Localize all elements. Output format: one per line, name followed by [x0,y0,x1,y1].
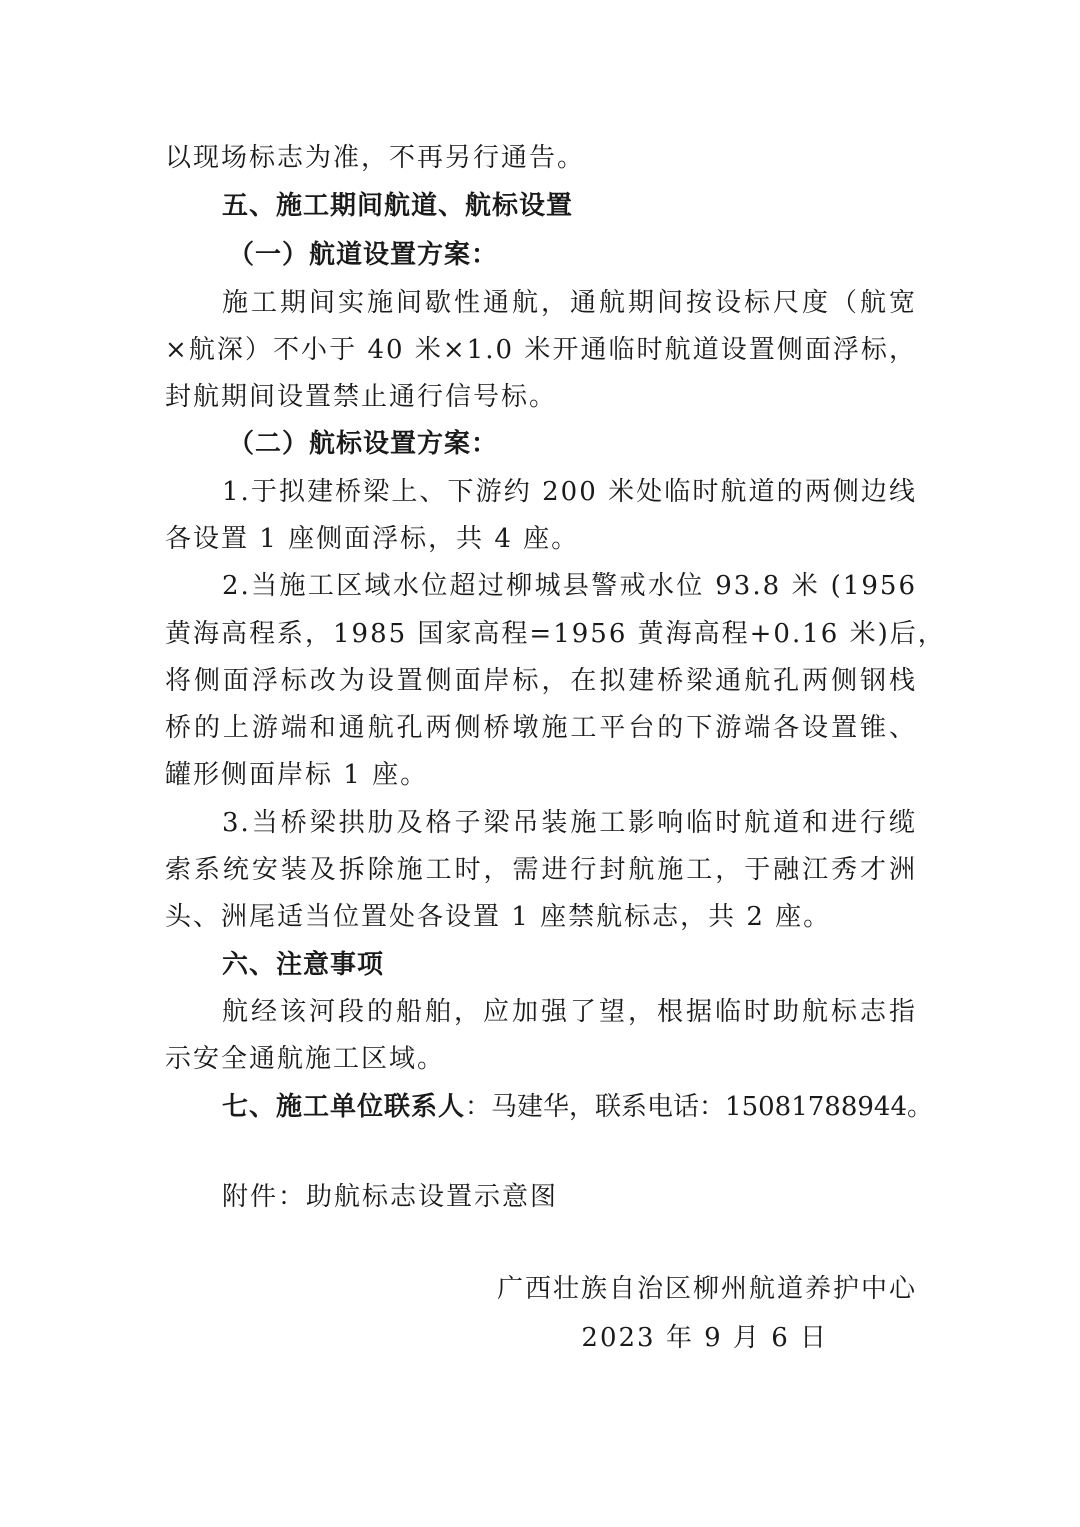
paragraph-line: 各设置 1 座侧面浮标，共 4 座。 [165,522,917,556]
paragraph-line: 桥的上游端和通航孔两侧桥墩施工平台的下游端各设置锥、 [165,711,917,745]
paragraph-line: 将侧面浮标改为设置侧面岸标，在拟建桥梁通航孔两侧钢栈 [165,664,917,698]
paragraph-line: ×航深）不小于 40 米×1.0 米开通临时航道设置侧面浮标， [165,333,917,367]
contact-line: 七、施工单位联系人：马建华，联系电话：15081788944。 [222,1090,917,1124]
contact-heading: 七、施工单位联系人 [222,1092,465,1122]
paragraph-line: 1.于拟建桥梁上、下游约 200 米处临时航道的两侧边线 [222,475,917,509]
subsection-heading-1: （一）航道设置方案： [228,238,923,272]
paragraph-line: 头、洲尾适当位置处各设置 1 座禁航标志，共 2 座。 [165,900,917,934]
attachment-note: 附件：助航标志设置示意图 [222,1180,917,1214]
signature-org: 广西壮族自治区柳州航道养护中心 [497,1272,917,1306]
section-heading-5: 五、施工期间航道、航标设置 [222,189,917,223]
paragraph-line: 以现场标志为准，不再另行通告。 [165,141,917,175]
paragraph-line: 3.当桥梁拱肋及格子梁吊装施工影响临时航道和进行缆 [222,806,917,840]
subsection-heading-2: （二）航标设置方案： [228,427,923,461]
signature-date: 2023 年 9 月 6 日 [581,1321,828,1355]
paragraph-line: 索系统安装及拆除施工时，需进行封航施工，于融江秀才洲 [165,853,917,887]
contact-colon: ： [465,1092,491,1122]
paragraph-line: 封航期间设置禁止通行信号标。 [165,380,917,414]
paragraph-line: 2.当施工区域水位超过柳城县警戒水位 93.8 米 (1956 [222,569,917,603]
paragraph-line: 施工期间实施间歇性通航，通航期间按设标尺度（航宽 [222,286,917,320]
paragraph-line: 示安全通航施工区域。 [165,1042,917,1076]
paragraph-line: 罐形侧面岸标 1 座。 [165,758,917,792]
section-heading-6: 六、注意事项 [222,948,917,982]
paragraph-line: 黄海高程系，1985 国家高程=1956 黄海高程+0.16 米)后， [165,617,917,651]
paragraph-line: 航经该河段的船舶，应加强了望，根据临时助航标志指 [222,995,917,1029]
contact-details: 马建华，联系电话：15081788944。 [491,1092,933,1122]
